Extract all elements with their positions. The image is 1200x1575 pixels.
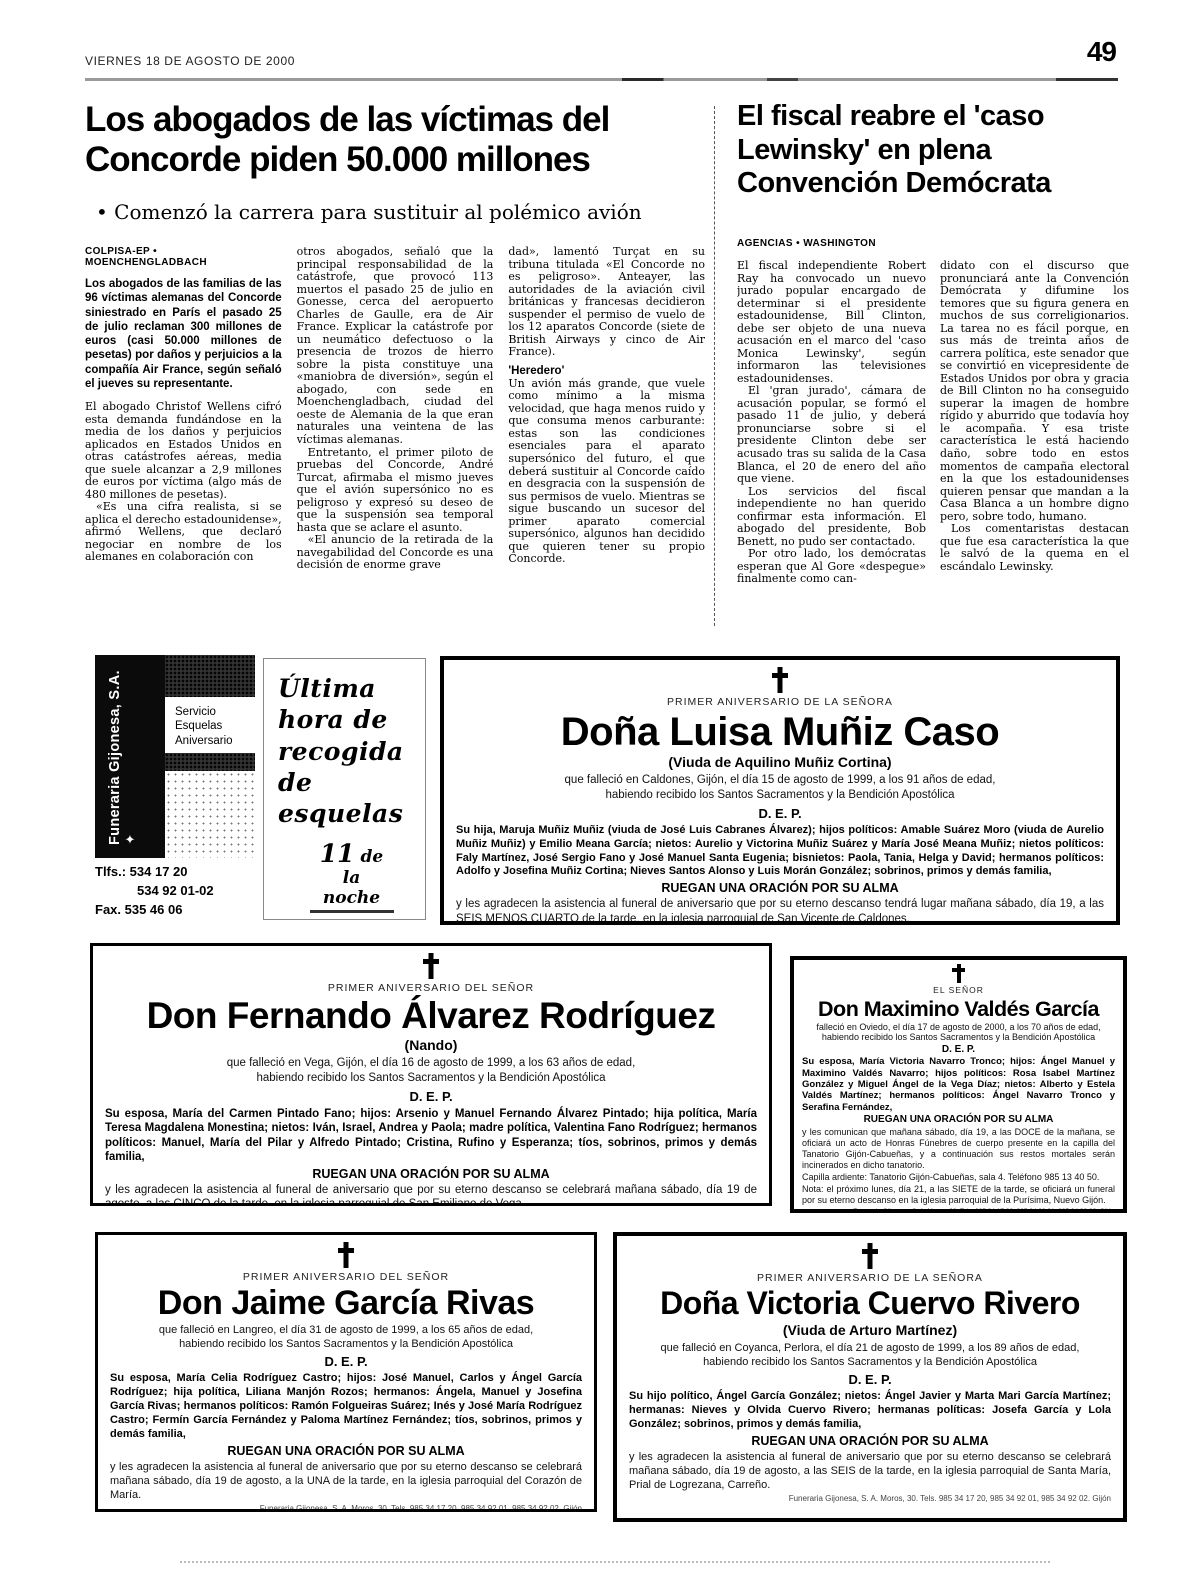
cross-icon [771, 667, 789, 693]
article-lewinsky-body: El fiscal independiente Robert Ray ha co… [737, 260, 1129, 648]
ad-top: Funeraria Gijonesa, S.A. ✦ Servicio Esqu… [95, 655, 255, 858]
ad-right-panel: Servicio Esquelas Aniversario [165, 655, 255, 858]
paragraph: otros abogados, señaló que la principal … [297, 246, 494, 447]
article-column: didato con el discurso que pronunciará a… [940, 260, 1129, 648]
obituary-thanks: y les agradecen la asistencia al funeral… [110, 1460, 582, 1502]
ad-speckle-texture [165, 771, 255, 858]
obituary-victoria-cuervo-rivero: PRIMER ANIVERSARIO DE LA SEÑORA Doña Vic… [613, 1232, 1127, 1522]
subhead-concorde: • Comenzó la carrera para sustituir al p… [96, 200, 696, 224]
obituary-detail: habiendo recibido los Santos Sacramentos… [629, 1355, 1111, 1369]
article-column: otros abogados, señaló que la principal … [297, 246, 494, 644]
obituary-detail: que falleció en Langreo, el día 31 de ag… [110, 1323, 582, 1337]
ad-phone-block: Tlfs.: 534 17 20 534 92 01-02 Fax. 535 4… [95, 863, 255, 920]
ad-fax-line: Fax. 535 46 06 [95, 901, 255, 920]
obituary-dep: D. E. P. [110, 1354, 582, 1369]
headline-line: El fiscal reabre el 'caso [737, 100, 1129, 134]
obituary-thanks: y les agradecen la asistencia al funeral… [456, 897, 1104, 925]
page-number: 49 [1087, 36, 1116, 68]
obituary-family: Su esposa, María del Carmen Pintado Fano… [105, 1107, 757, 1165]
column-divider [714, 106, 715, 626]
paragraph: El 'gran jurado', cámara de acusación po… [737, 385, 926, 485]
obituary-detail: que falleció en Caldones, Gijón, el día … [456, 773, 1104, 788]
obituary-detail: falleció en Oviedo, el día 17 de agosto … [802, 1022, 1115, 1033]
obituary-prayer-line: RUEGAN UNA ORACIÓN POR SU ALMA [802, 1114, 1115, 1125]
obituary-detail: habiendo recibido los Santos Sacramentos… [110, 1337, 582, 1351]
obituary-name: Don Fernando Álvarez Rodríguez [105, 997, 757, 1036]
obituary-funeral-note: Nota: el próximo lunes, día 21, a las SI… [802, 1184, 1115, 1206]
article-column: COLPISA-EP • MOENCHENGLADBACH Los abogad… [85, 246, 282, 644]
obituary-name: Don Maximino Valdés García [802, 998, 1115, 1021]
obituary-name: Doña Luisa Muñiz Caso [456, 711, 1104, 753]
article-column: El fiscal independiente Robert Ray ha co… [737, 260, 926, 648]
cross-icon [861, 1243, 879, 1269]
cross-icon [952, 964, 965, 983]
obituary-family: Su esposa, María Victoria Navarro Tronco… [802, 1056, 1115, 1113]
obituary-detail: que falleció en Coyanca, Perlora, el día… [629, 1341, 1111, 1355]
obituary-header: PRIMER ANIVERSARIO DE LA SEÑORA [629, 1272, 1111, 1284]
cross-icon [337, 1242, 355, 1268]
obituary-funeral-home-footer: Funeraria Gijonesa, S. A. Moros, 30. Tel… [110, 1504, 582, 1512]
obituary-prayer-line: RUEGAN UNA ORACIÓN POR SU ALMA [629, 1434, 1111, 1448]
obituary-detail: habiendo recibido los Santos Sacramentos… [802, 1032, 1115, 1043]
obituary-family: Su esposa, María Celia Rodríguez Castro;… [110, 1372, 582, 1441]
paragraph: Entretanto, el primer piloto de pruebas … [297, 447, 494, 535]
obituary-prayer-line: RUEGAN UNA ORACIÓN POR SU ALMA [105, 1167, 757, 1181]
paragraph: dad», lamentó Turçat en su tribuna titul… [508, 246, 705, 359]
obituary-thanks: y les agradecen la asistencia al funeral… [105, 1183, 757, 1206]
paragraph: El fiscal independiente Robert Ray ha co… [737, 260, 926, 385]
page-bottom-rule [180, 1561, 1050, 1563]
byline: COLPISA-EP • MOENCHENGLADBACH [85, 246, 282, 268]
obituary-subtitle: (Viuda de Aquilino Muñiz Cortina) [456, 754, 1104, 770]
cross-icon [422, 953, 440, 979]
obituary-header: PRIMER ANIVERSARIO DEL SEÑOR [110, 1271, 582, 1283]
obituary-maximino-valdes-garcia: EL SEÑOR Don Maximino Valdés García fall… [790, 956, 1127, 1213]
deadline-notice-box: Última hora de recogida de esquelas 11 d… [263, 658, 426, 920]
funeral-emblem-icon: ✦ [125, 832, 136, 848]
obituary-dep: D. E. P. [105, 1089, 757, 1104]
deadline-notice-time: 11 de la noche [278, 839, 425, 913]
ad-service-text: Servicio Esquelas Aniversario [169, 699, 251, 751]
obituary-funeral-home-footer: Funeraria Gijonesa, S. A. Moros, 30. Tel… [629, 1494, 1111, 1503]
paragraph: Los comentaristas destacan que fue esa c… [940, 523, 1129, 573]
obituary-detail: habiendo recibido los Santos Sacramentos… [456, 788, 1104, 803]
obituary-funeral-home-footer: Funeraria Gijonesa, S. A. Moros, 30. Tel… [802, 1208, 1115, 1213]
headline-lewinsky: El fiscal reabre el 'caso Lewinsky' en p… [737, 100, 1129, 201]
ad-texture [165, 753, 255, 771]
obituary-prayer-line: RUEGAN UNA ORACIÓN POR SU ALMA [110, 1444, 582, 1458]
obituary-chapel-note: Capilla ardiente: Tanatorio Gijón-Cabueñ… [802, 1172, 1115, 1183]
obituary-detail: habiendo recibido los Santos Sacramentos… [105, 1071, 757, 1086]
byline: AGENCIAS • WASHINGTON [737, 238, 876, 249]
obituary-dep: D. E. P. [456, 806, 1104, 821]
obituary-thanks: y les comunican que mañana sábado, día 1… [802, 1127, 1115, 1170]
obituary-luisa-muniz-caso: PRIMER ANIVERSARIO DE LA SEÑORA Doña Lui… [440, 656, 1120, 925]
ad-texture [165, 655, 255, 697]
deadline-hour: 11 [320, 839, 355, 868]
obituary-family: Su hijo político, Ángel García González;… [629, 1390, 1111, 1432]
deadline-suffix: de [355, 847, 384, 867]
obituary-dep: D. E. P. [629, 1372, 1111, 1387]
funeral-home-ad: Funeraria Gijonesa, S.A. ✦ Servicio Esqu… [95, 655, 255, 928]
obituary-family: Su hija, Maruja Muñiz Muñiz (viuda de Jo… [456, 824, 1104, 879]
headline-line: Convención Demócrata [737, 167, 1129, 201]
obituary-jaime-garcia-rivas: PRIMER ANIVERSARIO DEL SEÑOR Don Jaime G… [95, 1232, 597, 1512]
headline-line: Lewinsky' en plena [737, 134, 1129, 168]
article-concorde-body: COLPISA-EP • MOENCHENGLADBACH Los abogad… [85, 246, 705, 644]
paragraph: «El anuncio de la retirada de la navegab… [297, 534, 494, 572]
obituary-thanks: y les agradecen la asistencia al funeral… [629, 1450, 1111, 1492]
paragraph: didato con el discurso que pronunciará a… [940, 260, 1129, 523]
obituary-header: PRIMER ANIVERSARIO DEL SEÑOR [105, 982, 757, 994]
ad-brand-band: Funeraria Gijonesa, S.A. ✦ [95, 655, 165, 858]
paragraph: Los servicios del fiscal independiente n… [737, 486, 926, 549]
obituary-name: Doña Victoria Cuervo Rivero [629, 1287, 1111, 1321]
deadline-line2: la noche [310, 868, 394, 913]
paragraph: Por otro lado, los demócratas esperan qu… [737, 548, 926, 586]
headline-concorde: Los abogados de las víctimas del Concord… [85, 100, 707, 179]
deadline-notice-title: Última hora de recogida de esquelas [278, 673, 425, 829]
obituary-subtitle: (Viuda de Arturo Martínez) [629, 1322, 1111, 1338]
article-column: dad», lamentó Turçat en su tribuna titul… [508, 246, 705, 644]
obituary-prayer-line: RUEGAN UNA ORACIÓN POR SU ALMA [456, 881, 1104, 895]
ad-phone-line: Tlfs.: 534 17 20 [95, 863, 255, 882]
sub-section-title: 'Heredero' [508, 365, 705, 377]
ad-brand-name: Funeraria Gijonesa, S.A. [107, 657, 123, 845]
paragraph: «Es una cifra realista, si se aplica el … [85, 501, 282, 564]
ad-phone-line: 534 92 01-02 [95, 882, 255, 901]
obituary-dep: D. E. P. [802, 1044, 1115, 1055]
paragraph: El abogado Christof Wellens cifró esta d… [85, 401, 282, 501]
obituary-header: PRIMER ANIVERSARIO DE LA SEÑORA [456, 696, 1104, 708]
header-rule [85, 78, 1118, 81]
obituary-fernando-alvarez-rodriguez: PRIMER ANIVERSARIO DEL SEÑOR Don Fernand… [90, 943, 772, 1206]
obituary-subtitle: (Nando) [105, 1037, 757, 1053]
obituary-header: EL SEÑOR [802, 985, 1115, 995]
newspaper-page: VIERNES 18 DE AGOSTO DE 2000 49 Los abog… [0, 0, 1200, 1575]
lead-paragraph: Los abogados de las familias de las 96 v… [85, 277, 282, 391]
obituary-name: Don Jaime García Rivas [110, 1286, 582, 1322]
obituary-detail: que falleció en Vega, Gijón, el día 16 d… [105, 1056, 757, 1071]
page-date: VIERNES 18 DE AGOSTO DE 2000 [85, 54, 295, 68]
headline-line: Concorde piden 50.000 millones [85, 140, 707, 180]
paragraph: Un avión más grande, que vuele como míni… [508, 378, 705, 566]
headline-line: Los abogados de las víctimas del [85, 100, 707, 140]
